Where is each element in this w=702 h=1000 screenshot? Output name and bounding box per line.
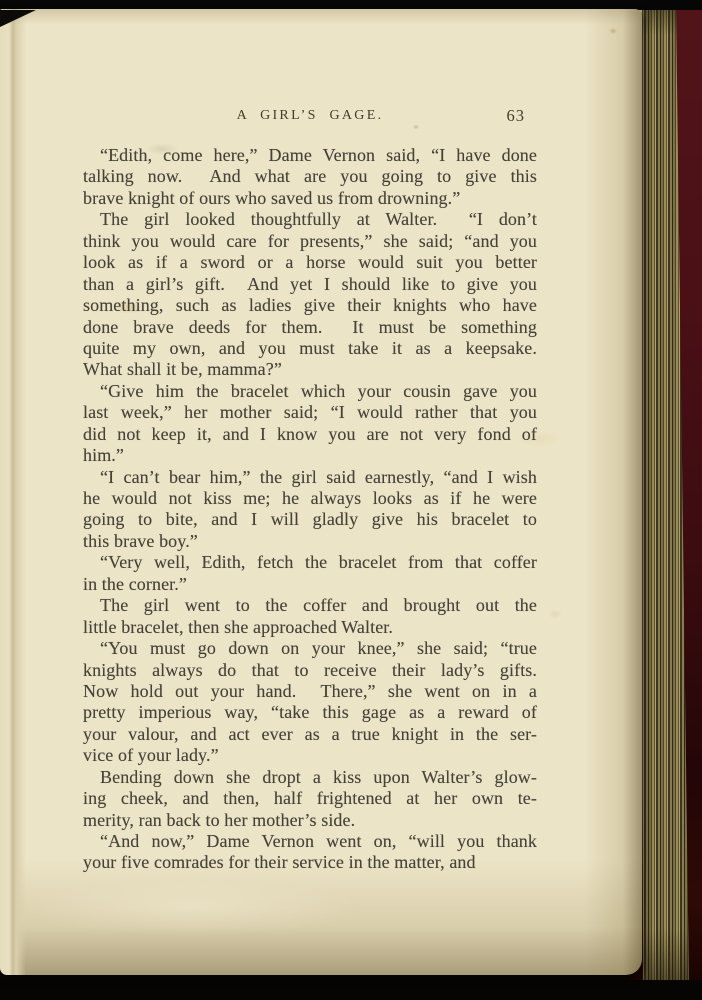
text-line: What shall it be, mamma?” — [83, 359, 537, 380]
paragraph: “And now,” Dame Vernon went on, “will yo… — [83, 831, 537, 874]
page-header: A GIRL’S GAGE. 63 — [83, 108, 537, 132]
text-line: Now hold out your hand. There,” she went… — [83, 681, 537, 702]
paragraph: “Very well, Edith, fetch the bracelet fr… — [83, 552, 537, 595]
text-line: “I can’t bear him,” the girl said earnes… — [83, 467, 537, 488]
text-line: brave knight of ours who saved us from d… — [83, 188, 537, 209]
text-line: little bracelet, then she approached Wal… — [83, 617, 537, 638]
running-title: A GIRL’S GAGE. — [83, 108, 537, 124]
text-line: your valour, and act ever as a true knig… — [83, 724, 537, 745]
paragraph: Bending down she dropt a kiss upon Walte… — [83, 767, 537, 831]
text-line: done brave deeds for them. It must be so… — [83, 317, 537, 338]
text-line: going to bite, and I will gladly give hi… — [83, 509, 537, 530]
text-line: last week,” her mother said; “I would ra… — [83, 402, 537, 423]
paragraph: “Give him the bracelet which your cousin… — [83, 381, 537, 467]
text-line: think you would care for presents,” she … — [83, 231, 537, 252]
text-line: he would not kiss me; he always looks as… — [83, 488, 537, 509]
paragraph: The girl went to the coffer and brought … — [83, 595, 537, 638]
text-line: this brave boy.” — [83, 531, 537, 552]
paragraph: The girl looked thoughtfully at Walter. … — [83, 209, 537, 381]
text-line: “Give him the bracelet which your cousin… — [83, 381, 537, 402]
text-line: look as if a sword or a horse would suit… — [83, 252, 537, 273]
text-line: The girl looked thoughtfully at Walter. … — [83, 209, 537, 230]
text-line: did not keep it, and I know you are not … — [83, 424, 537, 445]
paragraph: “You must go down on your knee,” she sai… — [83, 638, 537, 767]
text-line: “You must go down on your knee,” she sai… — [83, 638, 537, 659]
text-line: ing cheek, and then, half frightened at … — [83, 788, 537, 809]
text-line: your five comrades for their service in … — [83, 852, 537, 873]
scan-background-bottom — [0, 980, 702, 1000]
text-line: knights always do that to receive their … — [83, 660, 537, 681]
paragraph: “I can’t bear him,” the girl said earnes… — [83, 467, 537, 553]
text-line: pretty imperious way, “take this gage as… — [83, 702, 537, 723]
text-line: “Very well, Edith, fetch the bracelet fr… — [83, 552, 537, 573]
paragraph: “Edith, come here,” Dame Vernon said, “I… — [83, 145, 537, 209]
text-column: “Edith, come here,” Dame Vernon said, “I… — [83, 145, 537, 874]
text-line: “Edith, come here,” Dame Vernon said, “I… — [83, 145, 537, 166]
paper-stain — [548, 609, 562, 619]
page-number: 63 — [507, 106, 526, 126]
book-page: A GIRL’S GAGE. 63 “Edith, come here,” Da… — [0, 9, 642, 975]
text-line: quite my own, and you must take it as a … — [83, 338, 537, 359]
text-line: something, such as ladies give their kni… — [83, 295, 537, 316]
text-line: The girl went to the coffer and brought … — [83, 595, 537, 616]
text-line: merity, ran back to her mother’s side. — [83, 810, 537, 831]
text-line: than a girl’s gift. And yet I should lik… — [83, 274, 537, 295]
text-line: “And now,” Dame Vernon went on, “will yo… — [83, 831, 537, 852]
text-line: in the corner.” — [83, 574, 537, 595]
text-line: talking now. And what are you going to g… — [83, 166, 537, 187]
text-line: Bending down she dropt a kiss upon Walte… — [83, 767, 537, 788]
text-line: him.” — [83, 445, 537, 466]
text-line: vice of your lady.” — [83, 745, 537, 766]
